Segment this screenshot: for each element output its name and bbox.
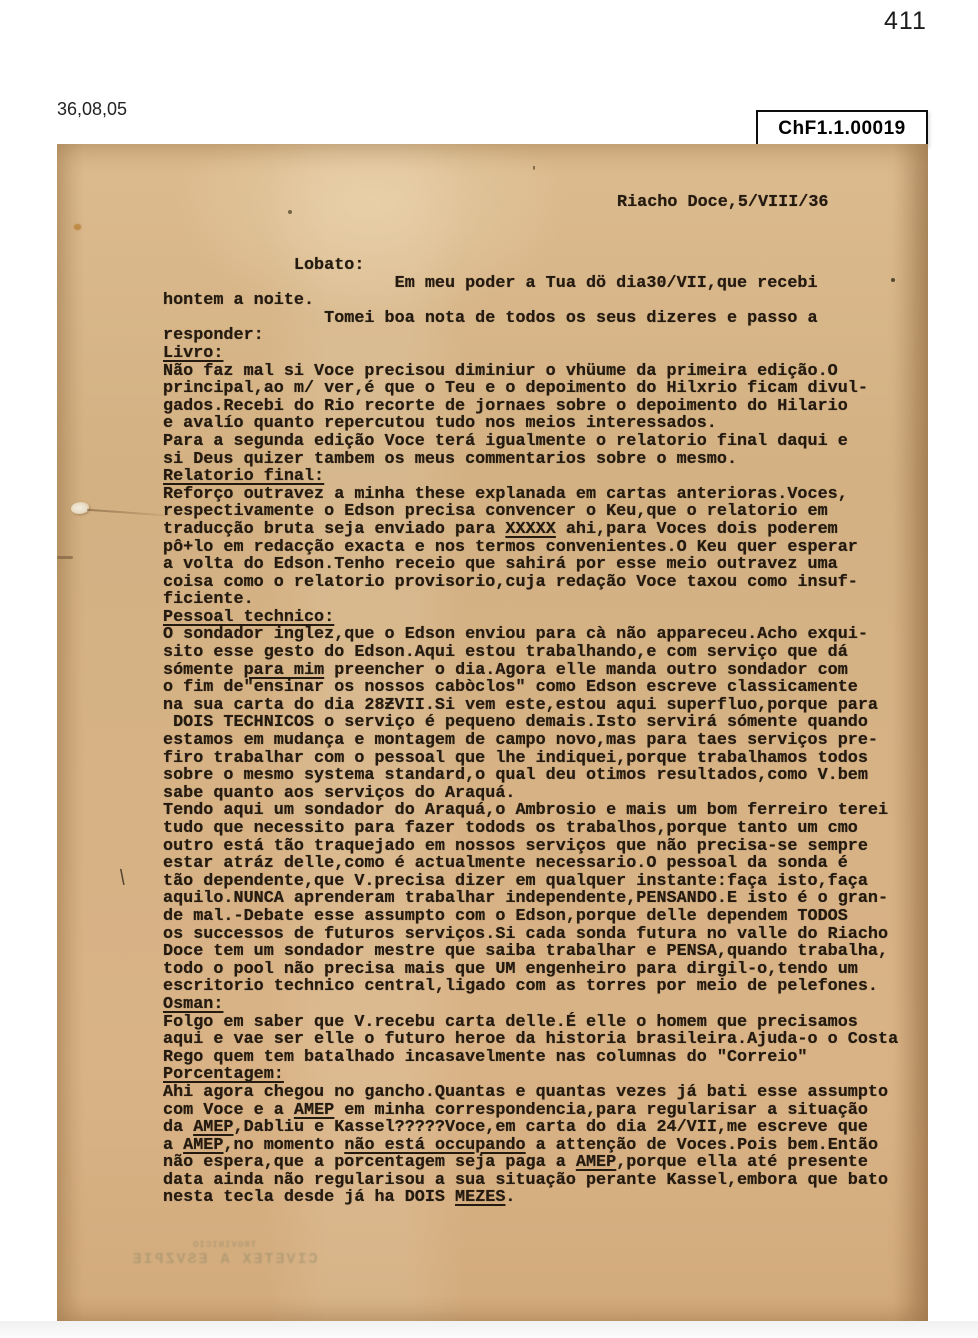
letter-text-segment: AMEP (193, 1118, 233, 1137)
paper-stain (74, 224, 81, 230)
letter-text-segment: Relatorio final: (163, 467, 324, 486)
letter-text-segment: outro está tão traquejado em nossos serv… (163, 837, 868, 856)
letter-line: aquilo.NUNCA aprenderam trabalhar indepe… (163, 890, 925, 908)
letter-text-segment: Em meu poder a Tua dö dia30/VII,que rece… (163, 274, 818, 293)
letter-line: e avalío quanto repercutou tudo nos meio… (163, 415, 925, 433)
letter-text-segment: AMEP (576, 1153, 616, 1172)
letter-line: pô+lo em redacção exacta e nos termos co… (163, 539, 925, 557)
letter-text-segment: ,no momento (223, 1136, 344, 1155)
letter-line: Folgo em saber que V.recebu carta delle.… (163, 1014, 925, 1032)
letter-line: tão dependente,que V.precisa dizer em qu… (163, 873, 925, 891)
letter-text-segment: . (505, 1188, 515, 1207)
letter-line: Ahi agora chegou no gancho.Quantas e qua… (163, 1084, 925, 1102)
letter-text-segment: Osman: (163, 995, 223, 1014)
letter-date: Riacho Doce,5/VIII/36 (617, 194, 828, 212)
letter-text-segment: Rego quem tem batalhado incasavelmente n… (163, 1048, 808, 1067)
letter-line: Lobato: (163, 257, 925, 275)
letter-text-segment: todo o pool não precisa mais que UM enge… (163, 960, 858, 979)
reference-label-box: ChF1.1.00019 (756, 110, 928, 146)
letter-text-segment: estamos em mudança e montagem de campo n… (163, 731, 878, 750)
letter-line: Osman: (163, 996, 925, 1014)
letter-line: estar atráz delle,como é actualmente nec… (163, 855, 925, 873)
letter-text-segment: para mim (244, 661, 325, 680)
letter-line: na sua carta do dia 28ƵVII.Si vem este,e… (163, 697, 925, 715)
letter-line: com Voce e a AMEP em minha correspondenc… (163, 1102, 925, 1120)
letter-text-segment: Não faz mal si Voce precisou diminiur o … (163, 362, 838, 381)
letter-text-segment: Doce tem um sondador mestre que saiba tr… (163, 942, 888, 961)
letter-text-segment: responder: (163, 326, 264, 345)
letter-text-segment: da (163, 1118, 193, 1137)
letter-line: da AMEP,Dabliu e Kassel?????Voce,em cart… (163, 1119, 925, 1137)
letter-line: a volta do Edson.Tenho receio que sahirá… (163, 556, 925, 574)
page-bottom-shade (0, 1321, 978, 1338)
letter-text-segment: escritorio technico central,ligado com a… (163, 977, 878, 996)
letter-line: sabe quanto aos serviços do Araquá. (163, 785, 925, 803)
letter-text-segment: gados.Recebi do Rio recorte de jornaes s… (163, 397, 848, 416)
letter-text-segment: Tomei boa nota de todos os seus dizeres … (163, 309, 818, 328)
letter-text-segment: O sondador inglez,que o Edson enviou par… (163, 625, 868, 644)
letter-text-segment: pô+lo em redacção exacta e nos termos co… (163, 538, 858, 557)
letter-text-segment: MEZES (455, 1188, 505, 1207)
archive-code: 36,08,05 (57, 100, 127, 118)
letter-text-segment: de mal.-Debate esse assumpto com o Edson… (163, 907, 848, 926)
letter-text-segment: preencher o dia.Agora elle manda outro s… (324, 661, 848, 680)
letter-text-segment: o fim de"ensinar os nossos cabòclos" com… (163, 678, 858, 697)
letter-line: estamos em mudança e montagem de campo n… (163, 732, 925, 750)
letter-line: traducção bruta seja enviado para XXXXX … (163, 521, 925, 539)
letter-text-segment: respectivamente o Edson precisa convence… (163, 502, 828, 521)
letter-line: sito esse gesto do Edson.Aqui estou trab… (163, 644, 925, 662)
letter-text-segment: Livro: (163, 344, 223, 363)
document-paper: ' \ Riacho Doce,5/VIII/36 Lobato: Em meu… (57, 144, 928, 1321)
letter-line: Tendo aqui um sondador do Araquá,o Ambro… (163, 802, 925, 820)
letter-text-segment: ficiente. (163, 590, 254, 609)
letter-text-segment: Pessoal technico: (163, 608, 334, 627)
letter-text-segment: firo trabalhar com o pessoal que lhe ind… (163, 749, 868, 768)
letter-line: aqui e vae ser elle o futuro heroe da hi… (163, 1031, 925, 1049)
letter-text-segment: hontem a noite. (163, 291, 314, 310)
letter-text-segment: a volta do Edson.Tenho receio que sahirá… (163, 555, 838, 574)
letter-text-segment: AMEP (294, 1101, 334, 1120)
letter-line: Em meu poder a Tua dö dia30/VII,que rece… (163, 275, 925, 293)
letter-line: sómente para mim preencher o dia.Agora e… (163, 662, 925, 680)
letter-text-segment: XXXXX (505, 520, 555, 539)
letter-text-segment: em minha correspondencia,para regularisa… (334, 1101, 868, 1120)
letter-text-segment: tudo que necessito para fazer todods os … (163, 819, 858, 838)
paper-stain (288, 210, 292, 214)
bleed-through-stamp: TROVINICIO CIVETEX A ESVZPIE (99, 1240, 349, 1269)
letter-text-segment: DOIS TECHNICOS o serviço é pequeno demai… (163, 713, 868, 732)
letter-line: os successos de futuros serviços.Si cada… (163, 926, 925, 944)
letter-line: de mal.-Debate esse assumpto com o Edson… (163, 908, 925, 926)
letter-line: principal,ao m/ ver,é que o Teu e o depo… (163, 380, 925, 398)
letter-line: sobre o mesmo systema standard,o qual de… (163, 767, 925, 785)
letter-text-segment: não espera,que a porcentagem seja paga a (163, 1153, 576, 1172)
letter-line: não espera,que a porcentagem seja paga a… (163, 1154, 925, 1172)
letter-line: responder: (163, 327, 925, 345)
letter-line: firo trabalhar com o pessoal que lhe ind… (163, 750, 925, 768)
letter-text-segment: ,Dabliu e Kassel?????Voce,em carta do di… (234, 1118, 868, 1137)
letter-text-segment: tão dependente,que V.precisa dizer em qu… (163, 872, 868, 891)
letter-line: Reforço outravez a minha these explanada… (163, 486, 925, 504)
bleed-through-stamp-line: TROVINICIO (99, 1240, 349, 1251)
letter-line: todo o pool não precisa mais que UM enge… (163, 961, 925, 979)
letter-line: Porcentagem: (163, 1066, 925, 1084)
letter-line: hontem a noite. (163, 292, 925, 310)
letter-text-segment: coisa como o relatorio provisorio,cuja r… (163, 573, 858, 592)
letter-text-segment: ,porque ella até presente (616, 1153, 868, 1172)
letter-text-segment: os successos de futuros serviços.Si cada… (163, 925, 888, 944)
letter-line: Livro: (163, 345, 925, 363)
letter-line: Doce tem um sondador mestre que saiba tr… (163, 943, 925, 961)
letter-text-segment: sito esse gesto do Edson.Aqui estou trab… (163, 643, 848, 662)
letter-text-segment: Tendo aqui um sondador do Araquá,o Ambro… (163, 801, 888, 820)
stray-backslash-mark: \ (118, 868, 126, 888)
letter-text-segment: sabe quanto aos serviços do Araquá. (163, 784, 515, 803)
letter-text-segment: principal,ao m/ ver,é que o Teu e o depo… (163, 379, 868, 398)
letter-line: Tomei boa nota de todos os seus dizeres … (163, 310, 925, 328)
letter-line: o fim de"ensinar os nossos cabòclos" com… (163, 679, 925, 697)
paper-edge-mark (57, 556, 73, 559)
letter-text-segment: e avalío quanto repercutou tudo nos meio… (163, 414, 717, 433)
letter-line: respectivamente o Edson precisa convence… (163, 503, 925, 521)
letter-text-segment: ahi,para Voces dois poderem (556, 520, 838, 539)
letter-text-segment: aqui e vae ser elle o futuro heroe da hi… (163, 1030, 898, 1049)
stray-tick-mark: ' (532, 166, 536, 179)
letter-line: Não faz mal si Voce precisou diminiur o … (163, 363, 925, 381)
letter-line: nesta tecla desde já ha DOIS MEZES. (163, 1189, 925, 1207)
reference-label: ChF1.1.00019 (778, 119, 905, 138)
letter-text-segment: Lobato: (163, 256, 364, 275)
letter-text-segment: não está occupando (344, 1136, 525, 1155)
letter-text-segment: sómente (163, 661, 244, 680)
letter-line: Para a segunda edição Voce terá igualmen… (163, 433, 925, 451)
letter-text-segment: si Deus quizer tambem os meus commentari… (163, 450, 737, 469)
letter-line: gados.Recebi do Rio recorte de jornaes s… (163, 398, 925, 416)
letter-text-segment: Para a segunda edição Voce terá igualmen… (163, 432, 848, 451)
letter-text-segment: nesta tecla desde já ha DOIS (163, 1188, 455, 1207)
letter-body: Lobato: Em meu poder a Tua dö dia30/VII,… (163, 257, 925, 1207)
page-number: 411 (884, 9, 927, 34)
letter-text-segment: data ainda não regularisou a sua situaçã… (163, 1171, 888, 1190)
letter-text-segment: AMEP (183, 1136, 223, 1155)
letter-text-segment: sobre o mesmo systema standard,o qual de… (163, 766, 868, 785)
letter-line: tudo que necessito para fazer todods os … (163, 820, 925, 838)
letter-text-segment: estar atráz delle,como é actualmente nec… (163, 854, 848, 873)
letter-line: ficiente. (163, 591, 925, 609)
letter-line: Relatorio final: (163, 468, 925, 486)
letter-line: Rego quem tem batalhado incasavelmente n… (163, 1049, 925, 1067)
letter-text-segment: aquilo.NUNCA aprenderam trabalhar indepe… (163, 889, 888, 908)
letter-text-segment: a (163, 1136, 183, 1155)
letter-text-segment: Reforço outravez a minha these explanada… (163, 485, 848, 504)
letter-text-segment: traducção bruta seja enviado para (163, 520, 505, 539)
letter-line: outro está tão traquejado em nossos serv… (163, 838, 925, 856)
letter-line: data ainda não regularisou a sua situaçã… (163, 1172, 925, 1190)
letter-text-segment: Porcentagem: (163, 1065, 284, 1084)
bleed-through-stamp-line: CIVETEX A ESVZPIE (99, 1251, 349, 1269)
letter-line: coisa como o relatorio provisorio,cuja r… (163, 574, 925, 592)
letter-line: O sondador inglez,que o Edson enviou par… (163, 626, 925, 644)
letter-line: a AMEP,no momento não está occupando a a… (163, 1137, 925, 1155)
letter-line: DOIS TECHNICOS o serviço é pequeno demai… (163, 714, 925, 732)
letter-text-segment: com Voce e a (163, 1101, 294, 1120)
letter-line: si Deus quizer tambem os meus commentari… (163, 451, 925, 469)
letter-line: escritorio technico central,ligado com a… (163, 978, 925, 996)
letter-line: Pessoal technico: (163, 609, 925, 627)
letter-text-segment: na sua carta do dia 28ƵVII.Si vem este,e… (163, 696, 878, 715)
letter-text-segment: Folgo em saber que V.recebu carta delle.… (163, 1013, 858, 1032)
letter-text-segment: Ahi agora chegou no gancho.Quantas e qua… (163, 1083, 888, 1102)
letter-text-segment: a attenção de Voces.Pois bem.Então (526, 1136, 878, 1155)
